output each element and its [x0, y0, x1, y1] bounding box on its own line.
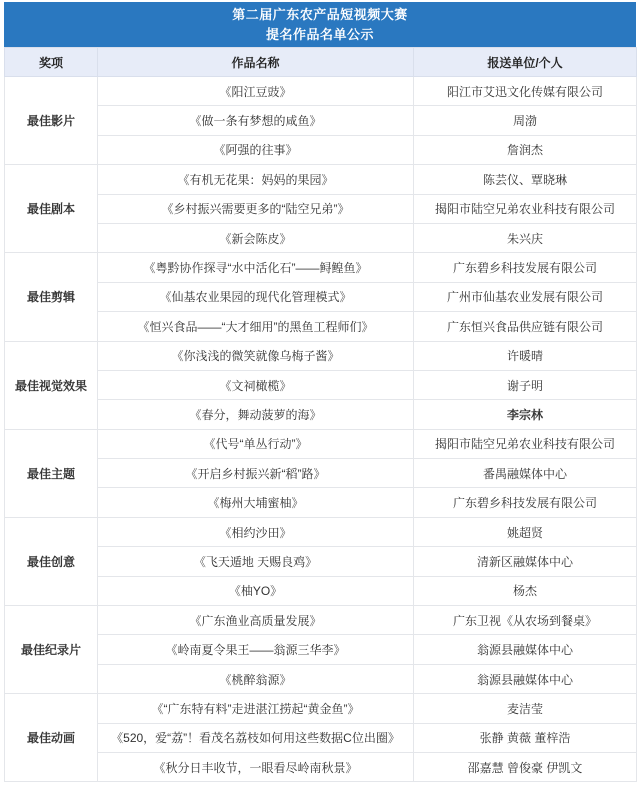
work-title-cell: 《520，爱“荔”！看茂名荔枝如何用这些数据C位出圈》: [98, 723, 414, 752]
table-row: 最佳剧本《有机无花果：妈妈的果园》陈芸仪、覃晓琳: [5, 165, 637, 194]
announcement-page: 第二届广东农产品短视频大赛 提名作品名单公示 奖项 作品名称 报送单位/个人 最…: [4, 2, 636, 782]
column-header-award: 奖项: [5, 48, 98, 77]
table-title-bar: 第二届广东农产品短视频大赛 提名作品名单公示: [4, 2, 636, 47]
table-row: 《恒兴食品——“大才细用”的黑鱼工程师们》广东恒兴食品供应链有限公司: [5, 312, 637, 341]
table-row: 《梅州大埔蜜柚》广东碧乡科技发展有限公司: [5, 488, 637, 517]
title-line-1: 第二届广东农产品短视频大赛: [232, 5, 408, 25]
work-title-cell: 《做一条有梦想的咸鱼》: [98, 106, 414, 135]
table-row: 《桃醉翁源》翁源县融媒体中心: [5, 664, 637, 693]
title-line-2: 提名作品名单公示: [266, 25, 374, 45]
table-row: 最佳纪录片《广东渔业高质量发展》广东卫视《从农场到餐桌》: [5, 606, 637, 635]
award-category-cell: 最佳剪辑: [5, 253, 98, 341]
submitter-cell: 清新区融媒体中心: [414, 547, 637, 576]
work-title-cell: 《代号“单丛行动”》: [98, 429, 414, 458]
table-row: 最佳剪辑《粤黔协作探寻“水中活化石”——鲟鳇鱼》广东碧乡科技发展有限公司: [5, 253, 637, 282]
table-row: 《乡村振兴需要更多的“陆空兄弟”》揭阳市陆空兄弟农业科技有限公司: [5, 194, 637, 223]
work-title-cell: 《开启乡村振兴新“稻”路》: [98, 459, 414, 488]
table-row: 《秋分日丰收节，一眼看尽岭南秋景》邵嘉慧 曾俊豪 伊凯文: [5, 752, 637, 781]
work-title-cell: 《梅州大埔蜜柚》: [98, 488, 414, 517]
work-title-cell: 《新会陈皮》: [98, 223, 414, 252]
submitter-cell: 翁源县融媒体中心: [414, 635, 637, 664]
submitter-cell: 广东恒兴食品供应链有限公司: [414, 312, 637, 341]
submitter-cell: 邵嘉慧 曾俊豪 伊凯文: [414, 752, 637, 781]
work-title-cell: 《你浅浅的微笑就像乌梅子酱》: [98, 341, 414, 370]
submitter-cell: 阳江市艾迅文化传媒有限公司: [414, 77, 637, 106]
work-title-cell: 《广东渔业高质量发展》: [98, 606, 414, 635]
work-title-cell: 《“广东特有料”走进湛江捞起“黄金鱼”》: [98, 694, 414, 723]
table-row: 最佳主题《代号“单丛行动”》揭阳市陆空兄弟农业科技有限公司: [5, 429, 637, 458]
table-row: 《文祠橄榄》谢子明: [5, 370, 637, 399]
column-header-work-title: 作品名称: [98, 48, 414, 77]
table-row: 《520，爱“荔”！看茂名荔枝如何用这些数据C位出圈》张静 黄薇 董梓浩: [5, 723, 637, 752]
submitter-cell: 朱兴庆: [414, 223, 637, 252]
submitter-cell: 广东卫视《从农场到餐桌》: [414, 606, 637, 635]
table-row: 《阿强的往事》詹润杰: [5, 135, 637, 164]
work-title-cell: 《春分，舞动菠萝的海》: [98, 400, 414, 429]
nominations-table: 奖项 作品名称 报送单位/个人 最佳影片《阳江豆豉》阳江市艾迅文化传媒有限公司《…: [4, 47, 637, 782]
work-title-cell: 《文祠橄榄》: [98, 370, 414, 399]
work-title-cell: 《柚YO》: [98, 576, 414, 605]
submitter-cell: 广州市仙基农业发展有限公司: [414, 282, 637, 311]
table-body: 最佳影片《阳江豆豉》阳江市艾迅文化传媒有限公司《做一条有梦想的咸鱼》周渤《阿强的…: [5, 77, 637, 782]
work-title-cell: 《恒兴食品——“大才细用”的黑鱼工程师们》: [98, 312, 414, 341]
submitter-cell: 揭阳市陆空兄弟农业科技有限公司: [414, 194, 637, 223]
work-title-cell: 《飞天遁地 天赐良鸡》: [98, 547, 414, 576]
submitter-cell: 陈芸仪、覃晓琳: [414, 165, 637, 194]
submitter-cell: 姚超贤: [414, 517, 637, 546]
table-row: 《仙基农业果园的现代化管理模式》广州市仙基农业发展有限公司: [5, 282, 637, 311]
table-row: 《岭南夏令果王——翁源三华李》翁源县融媒体中心: [5, 635, 637, 664]
submitter-cell: 许暖晴: [414, 341, 637, 370]
work-title-cell: 《有机无花果：妈妈的果园》: [98, 165, 414, 194]
table-row: 《开启乡村振兴新“稻”路》番禺融媒体中心: [5, 459, 637, 488]
submitter-cell: 番禺融媒体中心: [414, 459, 637, 488]
award-category-cell: 最佳创意: [5, 517, 98, 605]
column-header-submitter: 报送单位/个人: [414, 48, 637, 77]
table-row: 最佳创意《相约沙田》姚超贤: [5, 517, 637, 546]
award-category-cell: 最佳纪录片: [5, 606, 98, 694]
award-category-cell: 最佳视觉效果: [5, 341, 98, 429]
table-row: 最佳视觉效果《你浅浅的微笑就像乌梅子酱》许暖晴: [5, 341, 637, 370]
award-category-cell: 最佳动画: [5, 694, 98, 782]
award-category-cell: 最佳影片: [5, 77, 98, 165]
submitter-cell: 张静 黄薇 董梓浩: [414, 723, 637, 752]
award-category-cell: 最佳剧本: [5, 165, 98, 253]
submitter-cell: 谢子明: [414, 370, 637, 399]
work-title-cell: 《粤黔协作探寻“水中活化石”——鲟鳇鱼》: [98, 253, 414, 282]
submitter-cell: 詹润杰: [414, 135, 637, 164]
table-row: 《新会陈皮》朱兴庆: [5, 223, 637, 252]
submitter-cell: 杨杰: [414, 576, 637, 605]
submitter-cell: 麦洁莹: [414, 694, 637, 723]
table-row: 《春分，舞动菠萝的海》李宗林: [5, 400, 637, 429]
submitter-cell: 广东碧乡科技发展有限公司: [414, 488, 637, 517]
work-title-cell: 《阿强的往事》: [98, 135, 414, 164]
table-row: 最佳影片《阳江豆豉》阳江市艾迅文化传媒有限公司: [5, 77, 637, 106]
submitter-cell: 翁源县融媒体中心: [414, 664, 637, 693]
work-title-cell: 《阳江豆豉》: [98, 77, 414, 106]
column-header-row: 奖项 作品名称 报送单位/个人: [5, 48, 637, 77]
award-category-cell: 最佳主题: [5, 429, 98, 517]
table-row: 《飞天遁地 天赐良鸡》清新区融媒体中心: [5, 547, 637, 576]
work-title-cell: 《秋分日丰收节，一眼看尽岭南秋景》: [98, 752, 414, 781]
submitter-cell: 广东碧乡科技发展有限公司: [414, 253, 637, 282]
work-title-cell: 《乡村振兴需要更多的“陆空兄弟”》: [98, 194, 414, 223]
table-row: 《做一条有梦想的咸鱼》周渤: [5, 106, 637, 135]
table-row: 最佳动画《“广东特有料”走进湛江捞起“黄金鱼”》麦洁莹: [5, 694, 637, 723]
table-row: 《柚YO》杨杰: [5, 576, 637, 605]
work-title-cell: 《仙基农业果园的现代化管理模式》: [98, 282, 414, 311]
work-title-cell: 《岭南夏令果王——翁源三华李》: [98, 635, 414, 664]
work-title-cell: 《桃醉翁源》: [98, 664, 414, 693]
work-title-cell: 《相约沙田》: [98, 517, 414, 546]
submitter-cell: 周渤: [414, 106, 637, 135]
submitter-cell: 李宗林: [414, 400, 637, 429]
submitter-cell: 揭阳市陆空兄弟农业科技有限公司: [414, 429, 637, 458]
